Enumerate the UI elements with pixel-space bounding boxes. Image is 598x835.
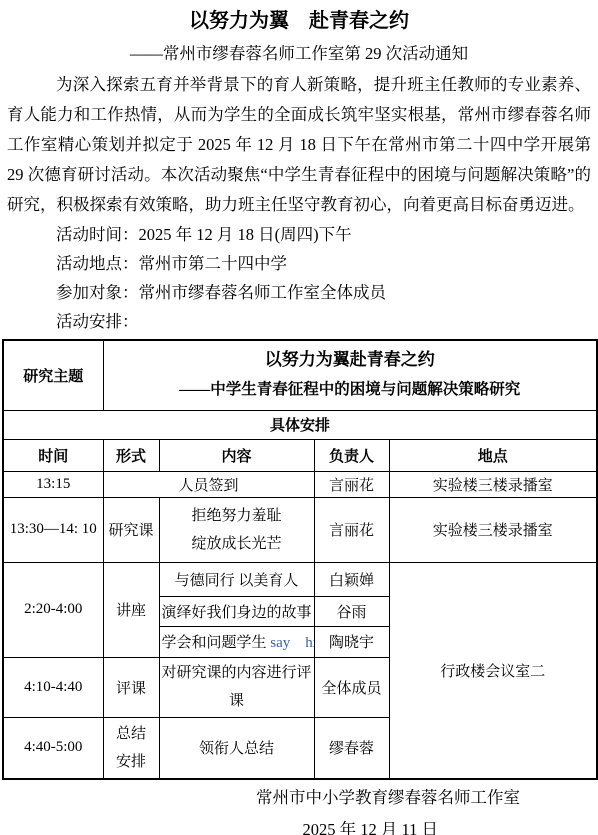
time-cell: 13:15 bbox=[3, 471, 103, 497]
col-header-form: 形式 bbox=[103, 439, 159, 471]
signature-org: 常州市中小学教育缪春蓉名师工作室 bbox=[0, 788, 598, 808]
table-header-row: 时间 形式 内容 负责人 地点 bbox=[3, 439, 597, 471]
intro-paragraph: 为深入探索五育并举背景下的育人新策略，提升班主任教师的专业素养、育人能力和工作热… bbox=[7, 70, 591, 220]
content-cell: 与德同行 以美育人 bbox=[159, 562, 314, 596]
content-cell: 拒绝努力羞耻 绽放成长光芒 bbox=[159, 497, 314, 562]
table-row-lesson: 13:30—14: 10 研究课 拒绝努力羞耻 绽放成长光芒 言丽花 实验楼三楼… bbox=[3, 497, 597, 562]
form-cell: 评课 bbox=[103, 657, 159, 717]
place-cell: 实验楼三楼录播室 bbox=[389, 471, 597, 497]
form-cell: 总结 安排 bbox=[103, 717, 159, 779]
form-line-1: 总结 bbox=[106, 720, 157, 748]
owner-cell: 言丽花 bbox=[314, 471, 389, 497]
place-cell: 实验楼三楼录播室 bbox=[389, 497, 597, 562]
form-line-2: 安排 bbox=[106, 748, 157, 776]
col-header-time: 时间 bbox=[3, 439, 103, 471]
time-cell: 2:20-4:00 bbox=[3, 562, 103, 657]
form-cell: 讲座 bbox=[103, 562, 159, 657]
content-cell: 对研究课的内容进行评课 bbox=[159, 657, 314, 717]
owner-cell: 陶晓宇 bbox=[314, 626, 389, 657]
table-row-lecture-1: 2:20-4:00 讲座 与德同行 以美育人 白颖婵 行政楼会议室二 bbox=[3, 562, 597, 596]
page-subtitle: ——常州市缪春蓉名师工作室第 29 次活动通知 bbox=[0, 43, 598, 65]
activity-place-line: 活动地点：常州市第二十四中学 bbox=[0, 249, 598, 278]
time-cell: 4:10-4:40 bbox=[3, 657, 103, 717]
signature-date: 2025 年 12 月 11 日 bbox=[0, 820, 598, 835]
content-cell: 人员签到 bbox=[103, 471, 314, 497]
owner-cell: 全体成员 bbox=[314, 657, 389, 717]
col-header-content: 内容 bbox=[159, 439, 314, 471]
owner-cell: 白颖婵 bbox=[314, 562, 389, 596]
content-en-part: say hi bbox=[270, 635, 314, 651]
content-cn-part: 学会和问题学生 bbox=[162, 635, 271, 651]
time-cell: 4:40-5:00 bbox=[3, 717, 103, 779]
theme-label-cell: 研究主题 bbox=[3, 340, 103, 410]
table-row-theme: 研究主题 以努力为翼赴青春之约 ——中学生青春征程中的困境与问题解决策略研究 bbox=[3, 340, 597, 410]
theme-title-cell: 以努力为翼赴青春之约 ——中学生青春征程中的困境与问题解决策略研究 bbox=[103, 340, 597, 410]
content-cell: 演绎好我们身边的故事 bbox=[159, 596, 314, 626]
place-cell: 行政楼会议室二 bbox=[389, 562, 597, 779]
form-cell: 研究课 bbox=[103, 497, 159, 562]
content-line-1: 拒绝努力羞耻 bbox=[162, 502, 312, 530]
notice-document: 以努力为翼 赴青春之约 ——常州市缪春蓉名师工作室第 29 次活动通知 为深入探… bbox=[0, 0, 598, 835]
activity-arrangement-line: 活动安排： bbox=[0, 307, 598, 336]
owner-cell: 言丽花 bbox=[314, 497, 389, 562]
owner-cell: 缪春蓉 bbox=[314, 717, 389, 779]
section-header-cell: 具体安排 bbox=[3, 410, 597, 439]
owner-cell: 谷雨 bbox=[314, 596, 389, 626]
content-line-2: 绽放成长光芒 bbox=[162, 530, 312, 558]
table-row-signin: 13:15 人员签到 言丽花 实验楼三楼录播室 bbox=[3, 471, 597, 497]
col-header-owner: 负责人 bbox=[314, 439, 389, 471]
schedule-table: 研究主题 以努力为翼赴青春之约 ——中学生青春征程中的困境与问题解决策略研究 具… bbox=[2, 339, 598, 780]
theme-title: 以努力为翼赴青春之约 bbox=[106, 345, 595, 375]
table-row-section-header: 具体安排 bbox=[3, 410, 597, 439]
activity-time-line: 活动时间：2025 年 12 月 18 日(周四)下午 bbox=[0, 220, 598, 249]
page-title: 以努力为翼 赴青春之约 bbox=[0, 8, 598, 34]
col-header-place: 地点 bbox=[389, 439, 597, 471]
time-cell: 13:30—14: 10 bbox=[3, 497, 103, 562]
activity-participants-line: 参加对象：常州市缪春蓉名师工作室全体成员 bbox=[0, 278, 598, 307]
theme-subtitle: ——中学生青春征程中的困境与问题解决策略研究 bbox=[106, 375, 595, 405]
content-cell: 领衔人总结 bbox=[159, 717, 314, 779]
content-cell: 学会和问题学生 say hi bbox=[159, 626, 314, 657]
